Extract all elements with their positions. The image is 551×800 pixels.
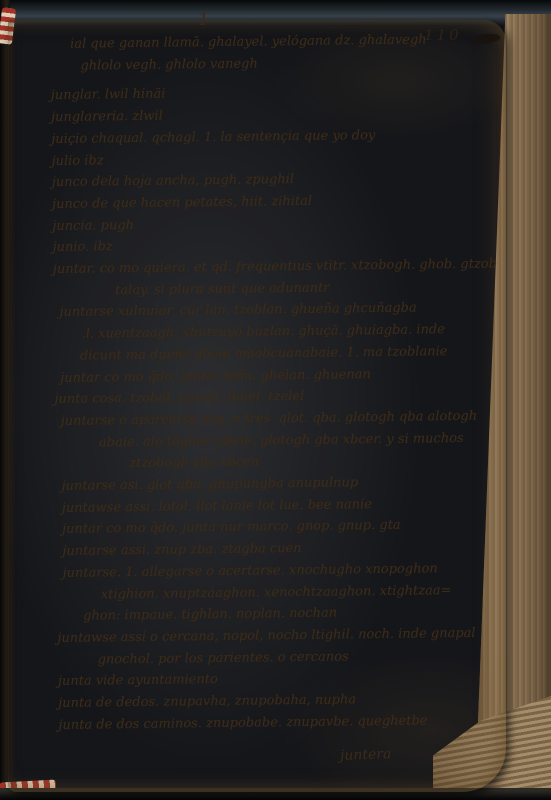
- book-photo: 1 110 ial que ganan llamā. ghalayel. yel…: [0, 0, 551, 800]
- catchword: juntera: [340, 746, 392, 764]
- manuscript-text: ial que ganan llamā. ghalayel. yelógana …: [50, 28, 511, 736]
- manuscript-line: ghlolo vegh. ghlolo vanegh: [80, 50, 502, 77]
- quire-mark: 1: [198, 10, 209, 30]
